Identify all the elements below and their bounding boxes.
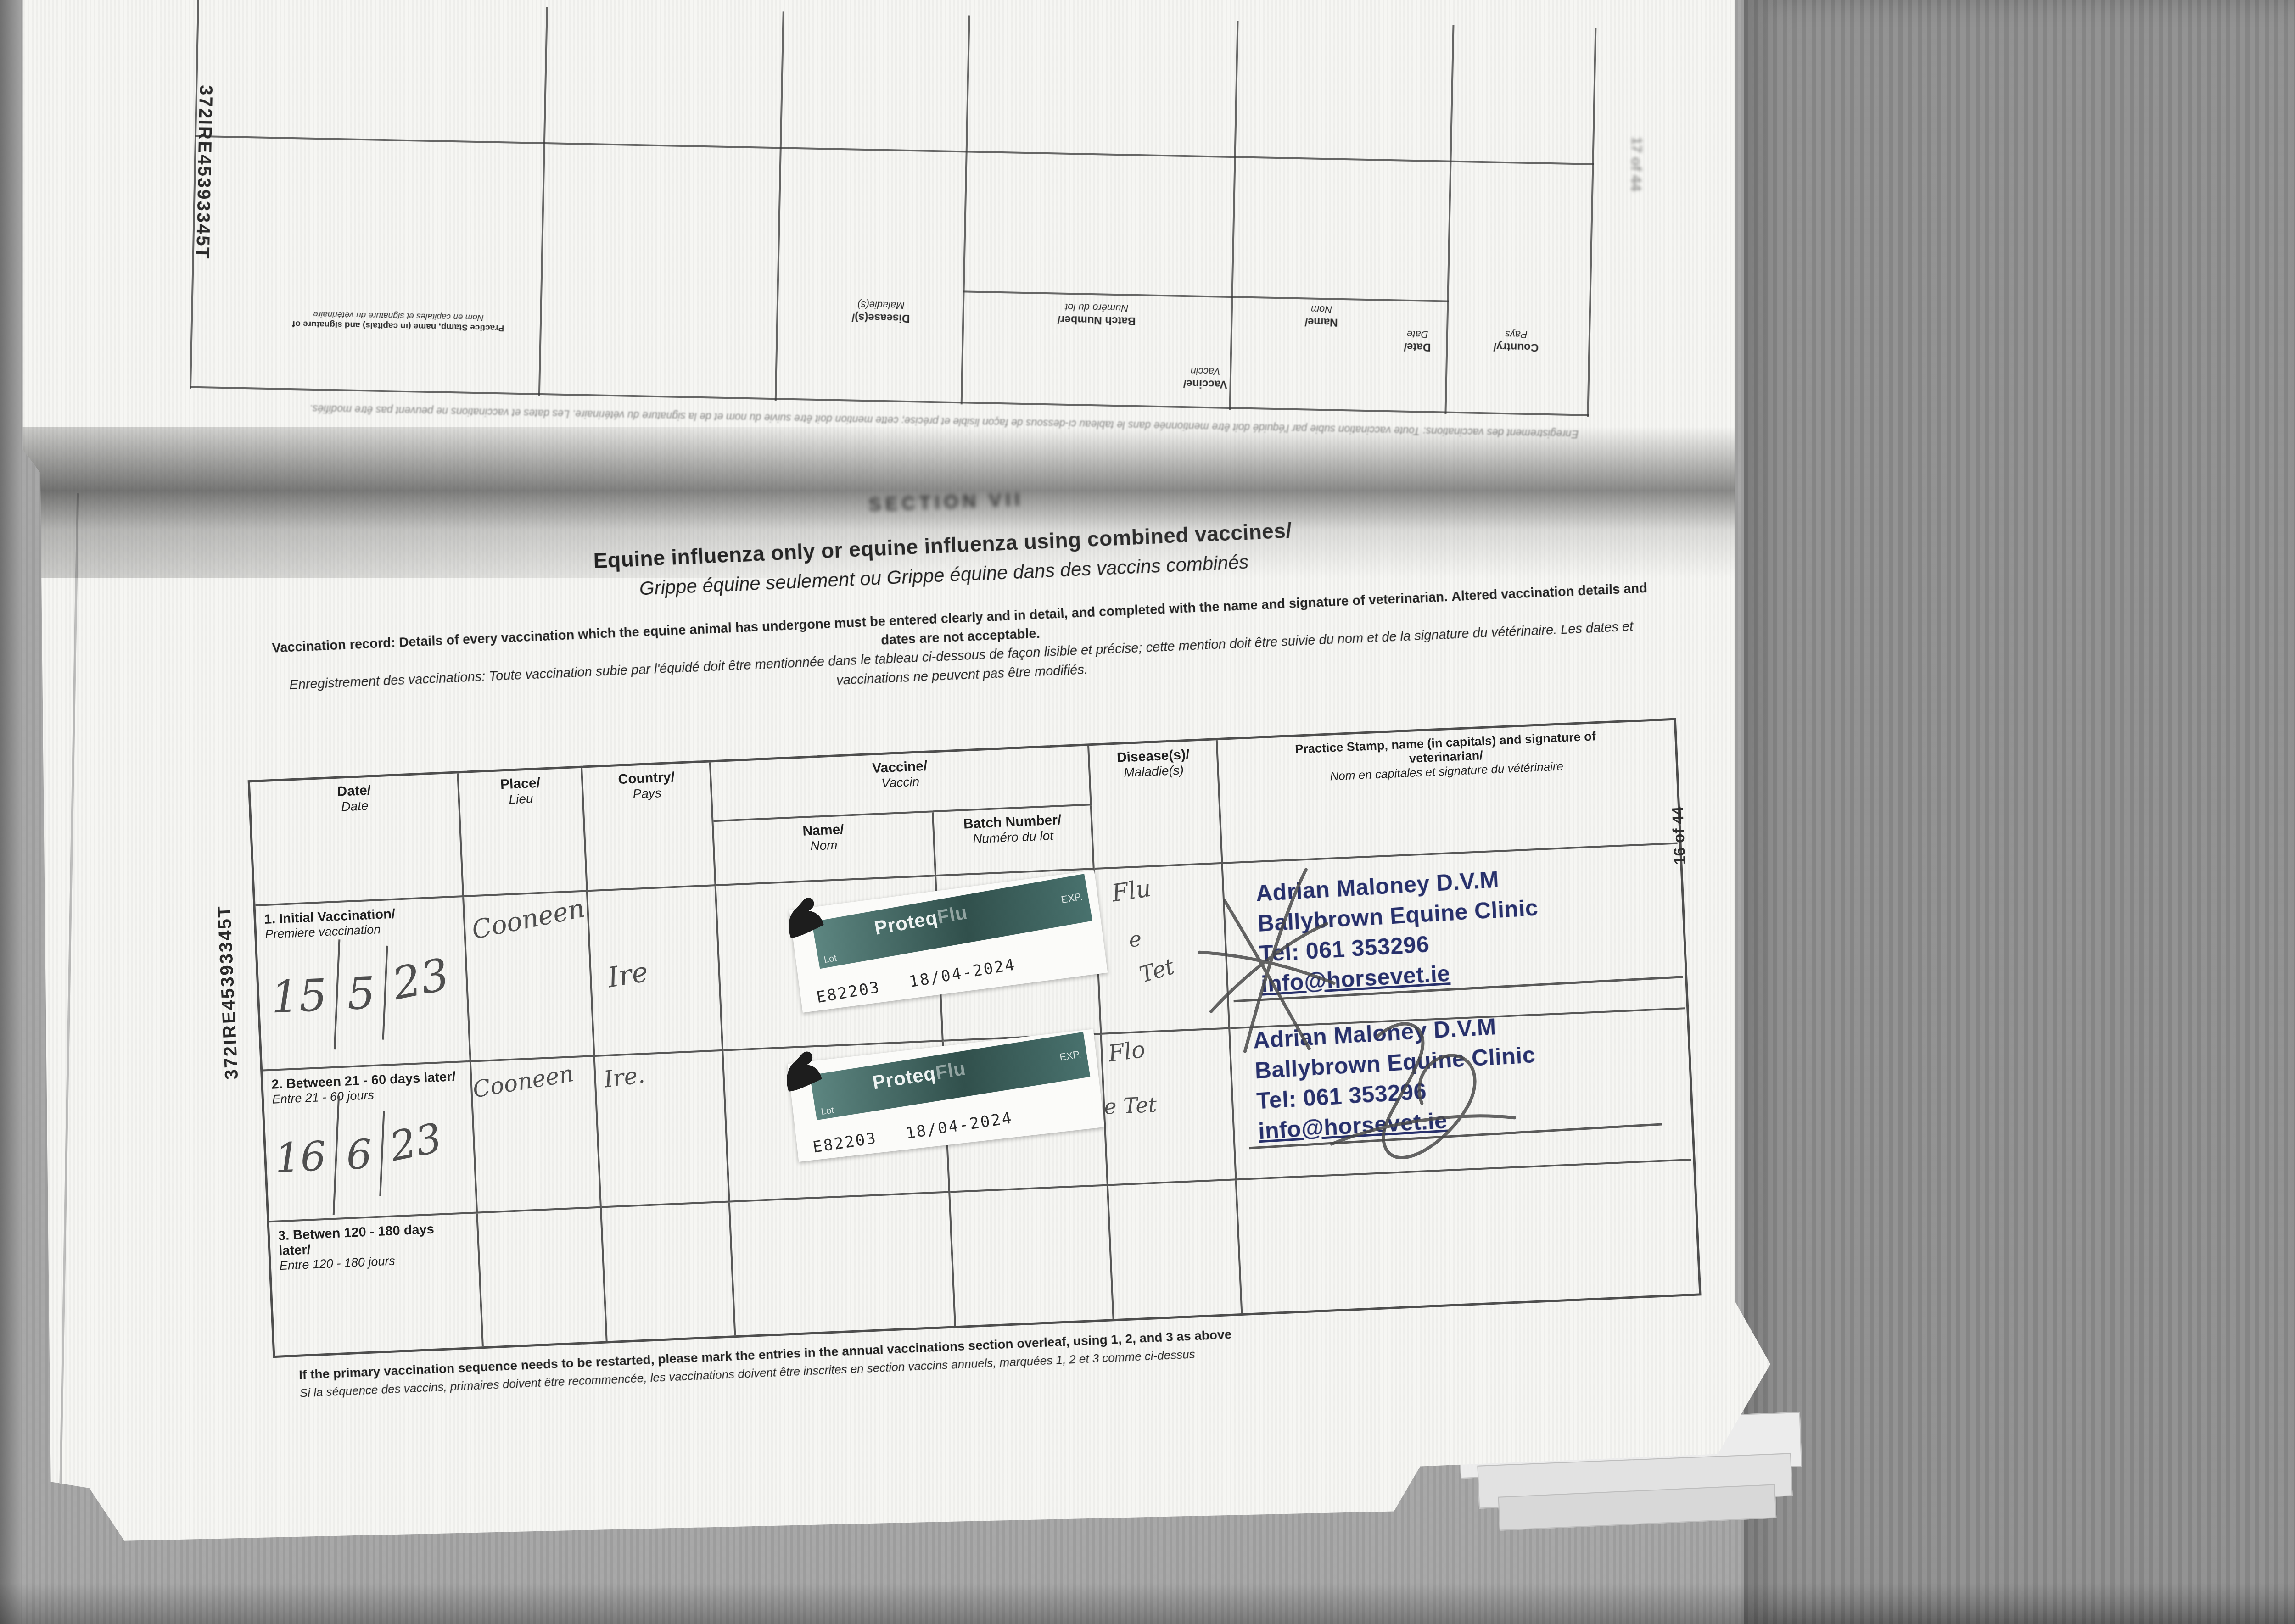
signature-scribble-row2 — [1312, 1003, 1531, 1195]
exp-label: EXP. — [1060, 891, 1084, 906]
table-gridline — [1229, 21, 1239, 410]
header-practice-stamp: Practice Stamp, name (in capitals) and s… — [1218, 720, 1678, 864]
row2-date-handwriting: 16 6 23 — [272, 1091, 446, 1218]
table-gridline — [961, 15, 970, 404]
pen-stroke — [379, 1111, 385, 1196]
row3-country-cell — [602, 1202, 736, 1341]
overleaf-instructions-blurred: Enregistrement des vaccinations: Toute v… — [308, 402, 1595, 476]
row2-disease-handwriting: Flo — [1107, 1036, 1147, 1067]
header-batch: Batch Number/ Numéro du lot — [934, 805, 1095, 876]
header-place: Place/ Lieu — [459, 768, 588, 898]
lot-label: Lot — [823, 953, 837, 965]
header-date: Date/ Date — [250, 773, 464, 906]
row2-country-handwriting: Ire. — [602, 1061, 646, 1093]
row3-place-cell — [478, 1208, 607, 1347]
page-crease — [59, 493, 79, 1498]
row2-disease-handwriting: e Tet — [1103, 1092, 1157, 1119]
expiry-date: 18/04-2024 — [904, 1109, 1013, 1143]
table-gridline — [1444, 25, 1454, 414]
overleaf-page-number: 17 of 44 — [1625, 136, 1646, 247]
row1-date-handwriting: 15 5 23 — [269, 935, 453, 1053]
table-gridline — [538, 7, 548, 396]
header-country: Country/ Pays — [582, 762, 716, 892]
expiry-date: 18/04-2024 — [907, 955, 1017, 991]
row3-vaccine-name-cell — [730, 1193, 956, 1335]
overleaf-header-disease: Disease(s)/ Maladie(s) — [821, 298, 940, 325]
row3-label: 3. Betwen 120 - 180 days later/ Entre 12… — [278, 1220, 470, 1273]
passport-paper: Practice Stamp, name (in capitals) and s… — [19, 0, 1770, 1550]
overleaf-header-batch: Batch Number/ Numéro du lot — [1023, 300, 1170, 328]
row1-country-handwriting: Ire — [605, 956, 650, 994]
vaccination-table: Date/ Date Place/ Lieu Country/ Pays Vac… — [248, 718, 1702, 1358]
horse-head-icon — [779, 1049, 828, 1097]
pen-stroke — [333, 1096, 340, 1215]
table-gridline — [195, 135, 1594, 165]
overleaf-header-vaccine: Vaccine/ Vaccin — [1159, 364, 1251, 391]
batch-number: E82203 — [812, 1129, 878, 1156]
row1-disease-handwriting: Flu — [1110, 875, 1153, 908]
overleaf-header-practice-stamp: Practice Stamp, name (in capitals) and s… — [270, 308, 527, 333]
pen-stroke — [382, 945, 388, 1039]
row3-batch-cell — [950, 1186, 1114, 1326]
row1-disease-handwriting: e — [1128, 926, 1142, 952]
exp-label: EXP. — [1058, 1048, 1082, 1063]
overleaf-page: Practice Stamp, name (in capitals) and s… — [9, 0, 1770, 559]
scan-bottom-shadow — [0, 1583, 2295, 1624]
scanned-passport-page: Practice Stamp, name (in capitals) and s… — [0, 0, 2295, 1624]
table-gridline — [1587, 28, 1596, 417]
overleaf-header-name: Name/ Nom — [1280, 302, 1363, 329]
scanner-edge-left — [0, 0, 21, 1624]
lot-label: Lot — [820, 1105, 834, 1117]
table-gridline — [775, 11, 784, 401]
header-disease: Disease(s)/ Maladie(s) — [1089, 740, 1223, 870]
row3-date-cell: 3. Betwen 120 - 180 days later/ Entre 12… — [269, 1213, 484, 1356]
horse-head-icon — [781, 895, 830, 944]
pen-stroke — [334, 939, 340, 1049]
row3-disease-cell — [1108, 1180, 1243, 1319]
overleaf-header-country: Country/ Pays — [1477, 328, 1555, 354]
passport-code-vertical-top: 372IRE45393345T — [190, 85, 216, 342]
vaccine-brand: ProteqFlu — [873, 901, 969, 939]
scanner-background — [1744, 0, 2295, 1624]
batch-number: E82203 — [815, 978, 881, 1007]
overleaf-header-date: Date/ Date — [1380, 328, 1454, 354]
vaccine-brand: ProteqFlu — [871, 1057, 967, 1094]
passport-code-vertical: 372IRE45393345T — [211, 822, 243, 1080]
header-name: Name/ Nom — [714, 812, 937, 886]
vaccination-record-page: Equine influenza only or equine influenz… — [194, 475, 1807, 1580]
